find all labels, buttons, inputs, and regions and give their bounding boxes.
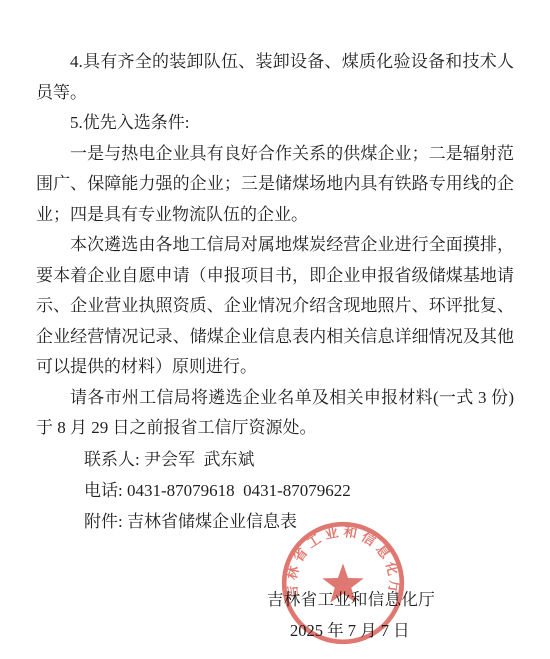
- document-body: 4.具有齐全的装卸队伍、装卸设备、煤质化验设备和技术人员等。 5.优先入选条件:…: [36, 47, 514, 537]
- signature-organization: 吉林省工业和信息化厅: [267, 586, 435, 610]
- paragraph: 5.优先入选条件:: [36, 108, 514, 139]
- attachment-line: 附件: 吉林省储煤企业信息表: [84, 506, 514, 537]
- paragraph: 本次遴选由各地工信局对属地煤炭经营企业进行全面摸排，要本着企业自愿申请（申报项目…: [36, 230, 514, 383]
- signature-date: 2025 年 7 月 7 日: [290, 617, 410, 641]
- contact-phone-line: 电话: 0431-87079618 0431-87079622: [84, 475, 514, 506]
- contact-person-line: 联系人: 尹会军 武东斌: [84, 444, 514, 475]
- paragraph: 请各市州工信局将遴选企业名单及相关申报材料(一式 3 份)于 8 月 29 日之…: [36, 383, 514, 444]
- paragraph: 4.具有齐全的装卸队伍、装卸设备、煤质化验设备和技术人员等。: [36, 47, 514, 108]
- document-page: 4.具有齐全的装卸队伍、装卸设备、煤质化验设备和技术人员等。 5.优先入选条件:…: [0, 0, 550, 659]
- paragraph: 一是与热电企业具有良好合作关系的供煤企业；二是辐射范围广、保障能力强的企业；三是…: [36, 139, 514, 231]
